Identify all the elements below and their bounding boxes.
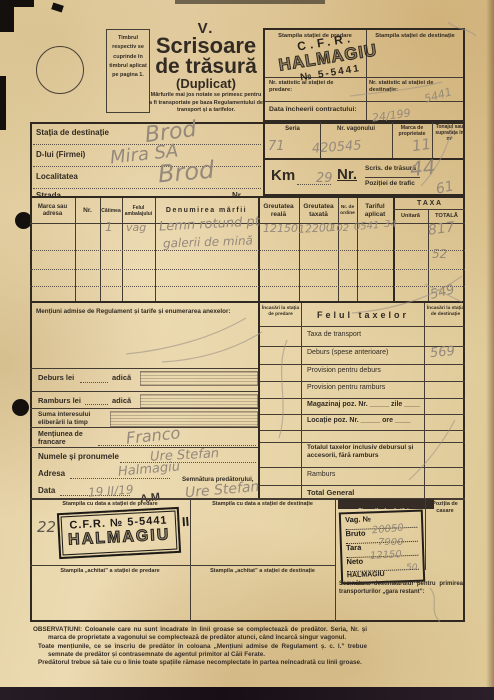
observatiuni: OBSERVAȚIUNI: Coloanele care nu sunt înc… bbox=[33, 626, 367, 667]
col-greutatea-reala: Greutatea reală bbox=[259, 203, 298, 219]
waybill-document: Timbrul respectiv se cuprinde în timbrul… bbox=[0, 0, 494, 700]
tax-row-deburs: Deburs (spese anterioare) bbox=[307, 349, 421, 357]
rule bbox=[424, 303, 425, 500]
handwritten-seria: 71 bbox=[268, 140, 285, 153]
tax-row-total-taxe: Totalul taxelor inclusiv debursul și acc… bbox=[307, 444, 423, 461]
col-taxa-totala: TOTALĂ bbox=[428, 213, 465, 220]
ramburs-adica-label: adică bbox=[112, 396, 131, 405]
handwritten-catimea: 1 bbox=[105, 221, 113, 233]
col-nr: Nr. bbox=[75, 207, 100, 215]
felul-taxelor-title: Felul taxelor bbox=[303, 310, 423, 321]
handwritten-ambalaj: vag bbox=[126, 222, 146, 233]
handwritten-tonaj: 11 bbox=[411, 137, 432, 155]
nr-label: Nr. bbox=[337, 166, 357, 184]
goods-table: Marca sau adresa Nr. Cătimea Felul ambal… bbox=[30, 196, 465, 303]
rule bbox=[80, 382, 108, 383]
stamp-circle bbox=[36, 46, 84, 94]
cantarire-header: Stampila de cântărire bbox=[338, 499, 434, 509]
tax-row-provision-deburs: Provision pentru deburs bbox=[307, 367, 421, 375]
handwritten-localitatea: Brod bbox=[157, 158, 215, 187]
col-denumirea-marfii: Denumirea mărfii bbox=[155, 207, 258, 215]
data-label: Data bbox=[38, 486, 55, 496]
handwritten-pozitie-nr: 61 bbox=[435, 179, 455, 196]
col-nr-ordine: Nr. de ordine bbox=[338, 205, 357, 217]
mentiuni-label: Mențiuni admise de Regulament și tarife … bbox=[36, 308, 258, 316]
rule bbox=[335, 498, 336, 622]
timbru-note: Timbrul respectiv se cuprinde în timbrul… bbox=[109, 35, 147, 78]
edge-mark bbox=[51, 2, 64, 12]
edge-mark bbox=[175, 0, 325, 4]
tax-row-total-general: Total General bbox=[307, 488, 421, 497]
handwritten-nr-predare: 22 bbox=[37, 520, 56, 535]
deburs-shaded-area bbox=[140, 371, 258, 386]
col-catimea: Cătimea bbox=[100, 208, 122, 214]
seria-label: Seria bbox=[265, 126, 320, 133]
handwritten-scris-nr: 44 bbox=[409, 157, 436, 180]
handwritten-marfa-line2: galerii de mină bbox=[163, 234, 253, 249]
punch-hole bbox=[12, 399, 29, 416]
rule bbox=[260, 485, 465, 486]
ramburs-shaded-area bbox=[140, 394, 258, 408]
rule bbox=[425, 498, 426, 570]
col-tariful-aplicat: Tariful aplicat bbox=[358, 203, 392, 219]
rule bbox=[30, 286, 465, 287]
rule bbox=[33, 166, 261, 167]
suma-interesului-label: Suma interesului eliberării la timp bbox=[38, 411, 108, 427]
rule bbox=[260, 430, 465, 431]
statia-destinatie-label: Stația de destinație bbox=[36, 128, 109, 138]
rule bbox=[260, 398, 465, 399]
rule bbox=[30, 391, 258, 392]
suma-shaded-area bbox=[110, 411, 258, 427]
edge-strip-bottom bbox=[0, 687, 494, 700]
dlui-label: D-lui (Firmei) bbox=[36, 150, 85, 160]
rule bbox=[98, 445, 256, 446]
edge-mark bbox=[0, 0, 34, 7]
rule bbox=[30, 269, 465, 270]
handwritten-neto: 12150 bbox=[370, 550, 402, 562]
col-taxa-unitara: Unitară bbox=[393, 213, 428, 220]
stamp-achitat-predare-label: Stampila „achitat” a stației de predare bbox=[32, 568, 188, 575]
numele-label: Numele și pronumele bbox=[38, 452, 119, 462]
rule bbox=[85, 404, 108, 405]
handwritten-taxa-totala: 817 bbox=[427, 220, 455, 238]
wagon-row: Seria Nr. vagonului Marca de proprietate… bbox=[263, 122, 465, 160]
stamp-data-destinatie-label: Stampila cu data a stației de destinație bbox=[192, 501, 333, 508]
rule bbox=[30, 368, 258, 369]
mentiunea-francare-label: Mențiunea de francare bbox=[38, 431, 96, 448]
handwritten-greutate-reala: 12150 bbox=[263, 223, 298, 234]
fine-print: Mărfurile mai jos notate se primesc pent… bbox=[149, 92, 263, 115]
edge-mark bbox=[0, 76, 6, 130]
handwritten-nr-ordine: 102 bbox=[330, 224, 349, 234]
tax-row-transport: Taxa de transport bbox=[307, 331, 421, 339]
tonaj-label: Tonajul sau suprafața în m² bbox=[433, 124, 466, 142]
col-greutatea-taxata: Greutatea taxată bbox=[300, 203, 337, 219]
col-taxa: T A X A bbox=[393, 200, 465, 208]
handwritten-tarif: 0541 bbox=[354, 221, 380, 233]
handwritten-taxa-totala-2: 52 bbox=[432, 248, 447, 260]
rule bbox=[301, 303, 302, 500]
col-felul-ambalajului: Felul ambalajului bbox=[123, 205, 154, 217]
handwritten-taxa-destinatie: 569 bbox=[429, 345, 455, 360]
stamp-achitat-destinatie-label: Stampila „achitat” a stației de destinaț… bbox=[192, 568, 333, 575]
rule bbox=[30, 250, 465, 251]
rule bbox=[190, 498, 191, 622]
rule bbox=[393, 209, 465, 210]
cfr-date-stamp: C.F.R. № 5-5441 HALMAGIU bbox=[57, 507, 181, 559]
pozitie-trafic-label: Poziției de trafic bbox=[365, 180, 423, 188]
tax-row-provision-ramburs: Provision pentru ramburs bbox=[307, 384, 421, 392]
stamp-sufix: II bbox=[182, 515, 190, 530]
handwritten-tara: 7900 bbox=[378, 538, 403, 548]
km-label: Km bbox=[271, 167, 295, 185]
pozitia-casare-label: Poziția de casare bbox=[427, 501, 463, 514]
tax-row-locatie: Locație poz. Nr. _____ ore ____ bbox=[307, 417, 421, 425]
tax-row-magazinaj: Magazinaj poz. Nr. _____ zile ____ bbox=[307, 401, 421, 409]
rule bbox=[260, 467, 465, 468]
handwritten-neto-rest: 50 bbox=[406, 564, 417, 573]
rule bbox=[33, 188, 261, 189]
nr-vagonului-label: Nr. vagonului bbox=[320, 126, 392, 133]
document-subtitle: (Duplicat) bbox=[146, 76, 266, 92]
observatiuni-p3: Predătorul trebue să taie cu o linie toa… bbox=[33, 659, 367, 667]
rule bbox=[260, 442, 465, 443]
handwritten-greutate-taxata: 12200 bbox=[298, 222, 334, 235]
rule bbox=[260, 381, 465, 382]
rule bbox=[260, 364, 465, 365]
rule bbox=[30, 408, 258, 409]
col-marca: Marca sau adresa bbox=[31, 204, 74, 218]
rule bbox=[260, 414, 465, 415]
ramburs-label: Ramburs lei bbox=[38, 396, 81, 405]
handwritten-data: 19 II/19 bbox=[88, 483, 134, 498]
col-incasari-predare: Încasări la stația de predare bbox=[261, 306, 300, 318]
localitatea-label: Localitatea bbox=[36, 172, 78, 182]
observatiuni-p1: OBSERVAȚIUNI: Coloanele care nu sunt înc… bbox=[33, 626, 367, 643]
timbru-box: Timbrul respectiv se cuprinde în timbrul… bbox=[106, 29, 150, 113]
handwritten-taxa-unitara: 34 bbox=[384, 220, 397, 230]
observatiuni-p2: Toate mențiunile, ce se înscriu de predă… bbox=[33, 643, 367, 660]
handwritten-vagon: 420545 bbox=[312, 139, 362, 155]
deburs-adica-label: adică bbox=[112, 373, 131, 382]
taxes-section: Încasări la stația de predare Felul taxe… bbox=[258, 303, 465, 500]
rule bbox=[30, 565, 335, 566]
col-incasari-destinatie: Încasări la stația de destinație bbox=[426, 306, 465, 318]
adresa-label: Adresa bbox=[38, 469, 65, 479]
semnatura-destinatar-label: Semnătura destinatarului pentru primirea… bbox=[339, 580, 463, 596]
deburs-label: Deburs lei bbox=[38, 373, 74, 382]
edge-shadow bbox=[486, 0, 494, 700]
handwritten-km: 29 bbox=[316, 172, 333, 185]
tax-row-ramburs: Ramburs bbox=[307, 471, 421, 479]
rule bbox=[30, 447, 258, 448]
rule bbox=[260, 326, 465, 327]
